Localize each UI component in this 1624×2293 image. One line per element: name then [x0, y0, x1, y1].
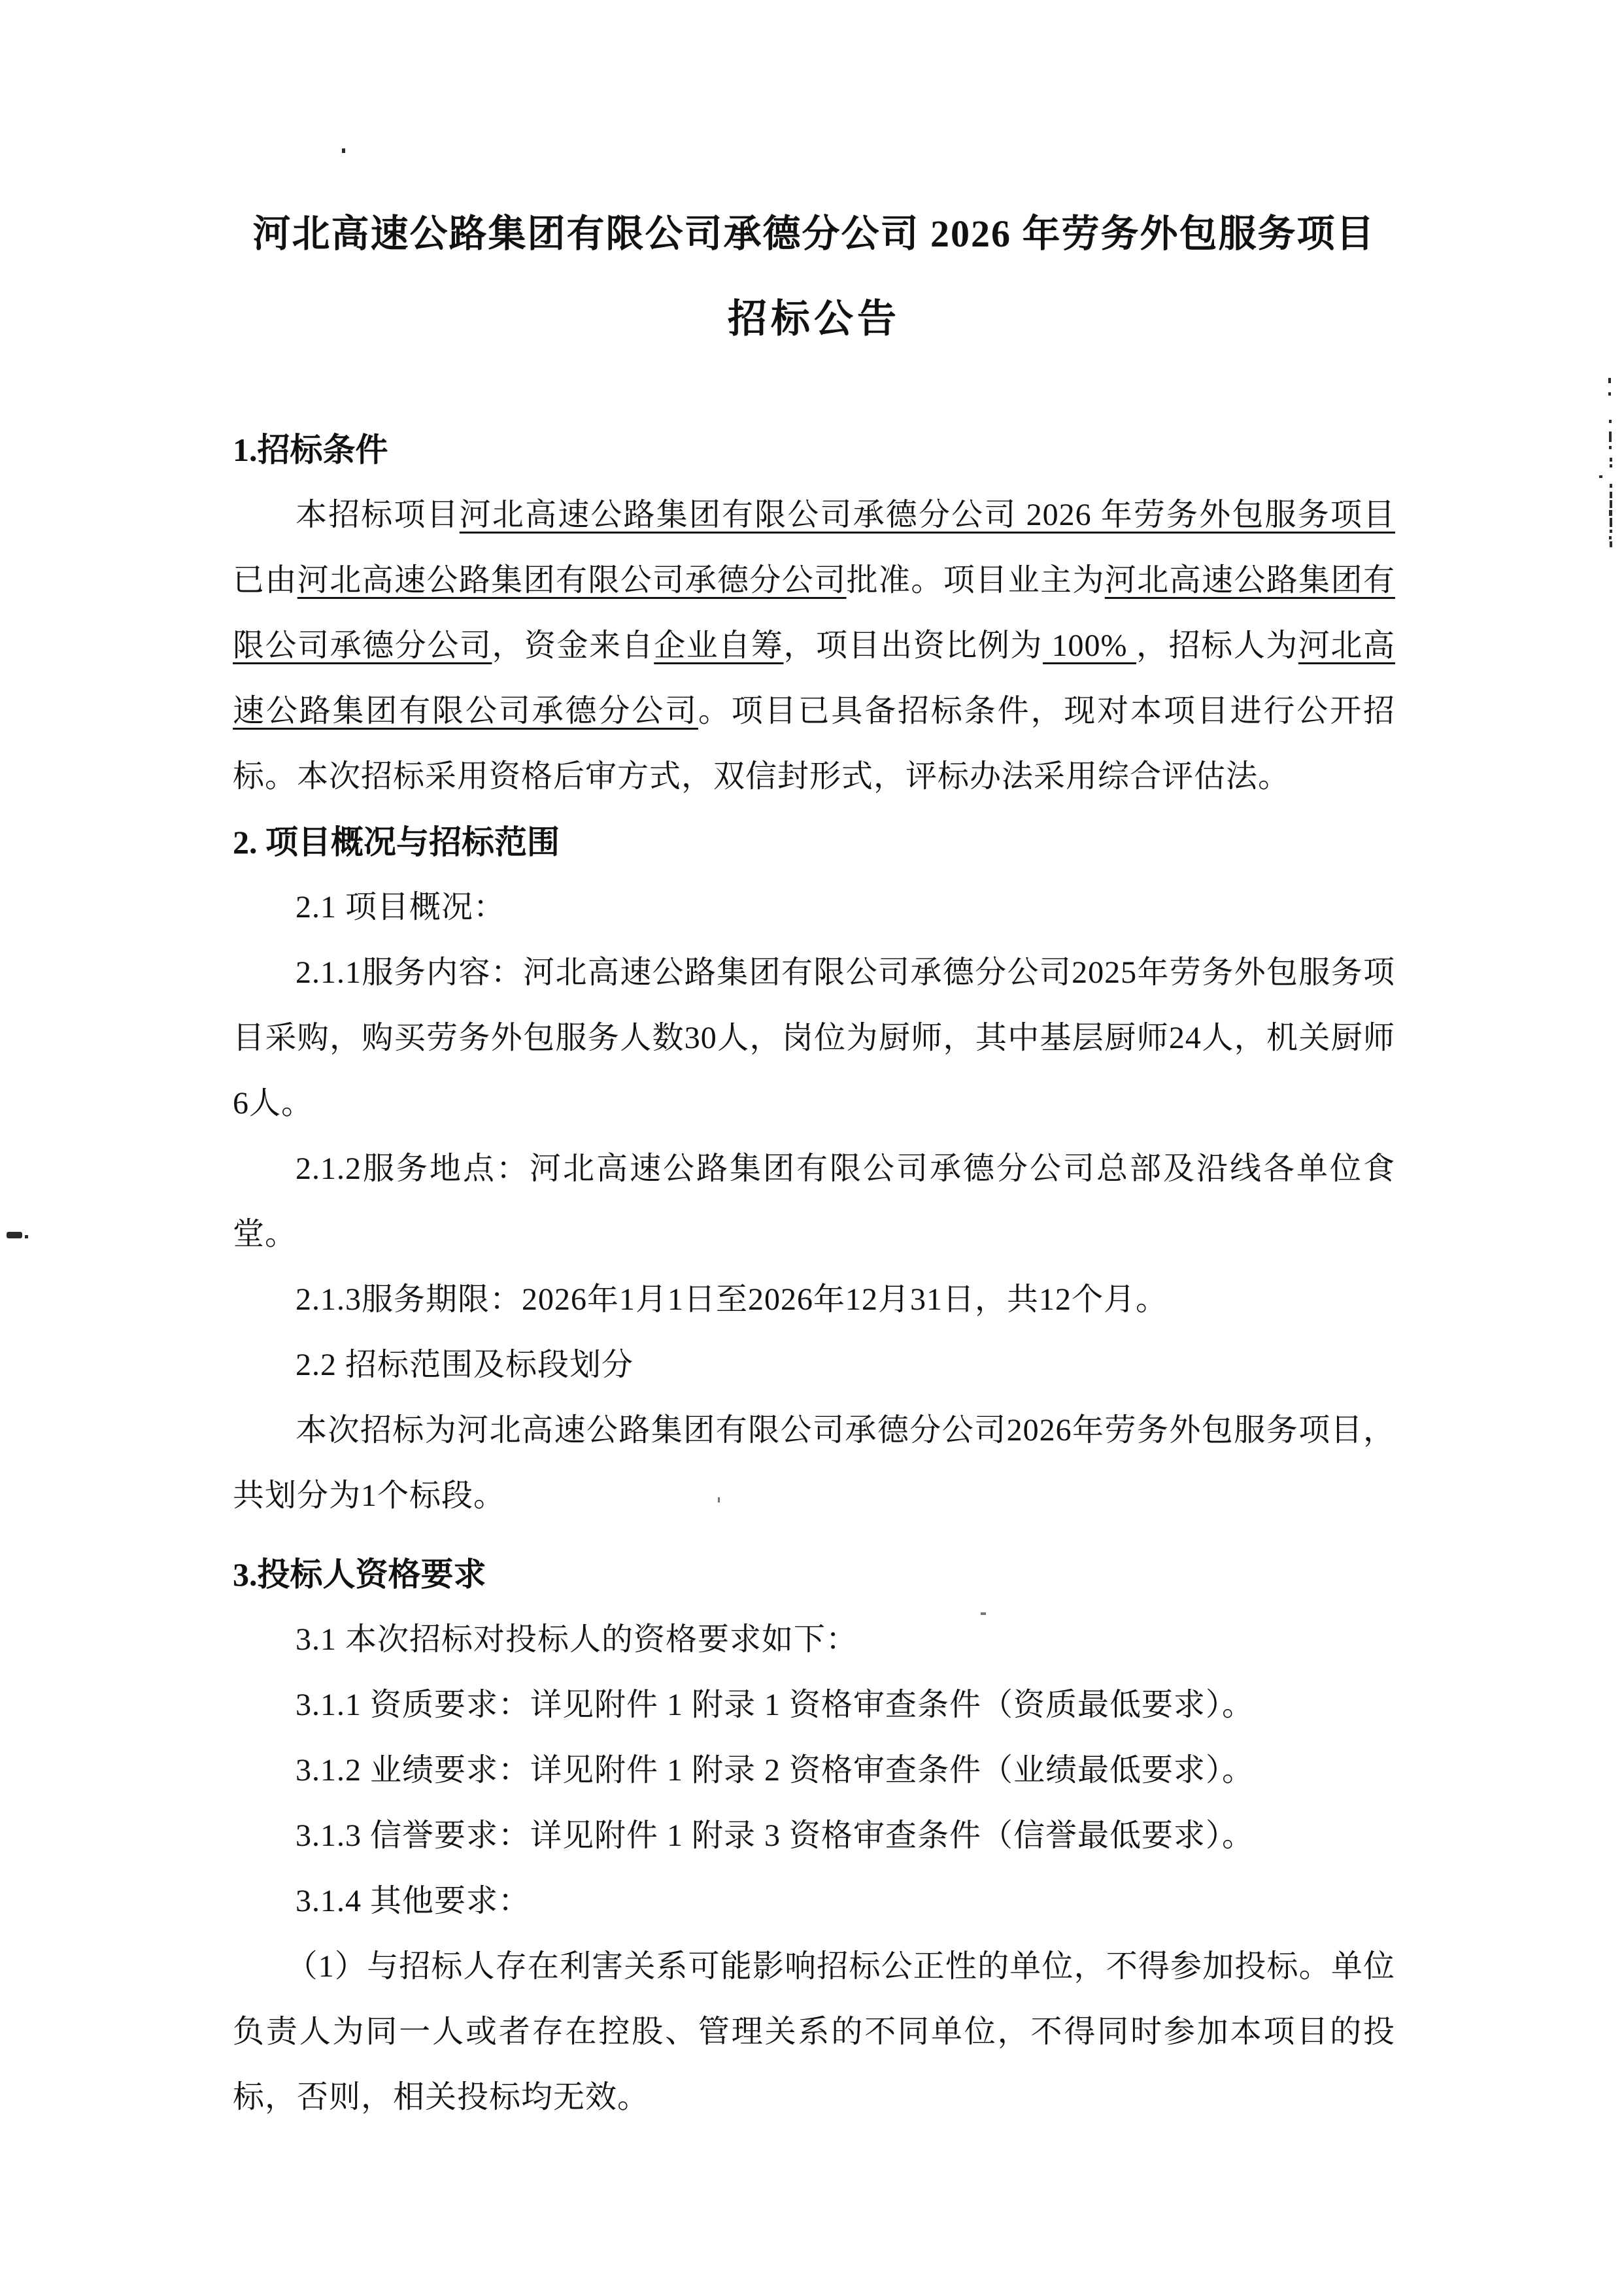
para-2-1-2: 2.1.2服务地点：河北高速公路集团有限公司承德分公司总部及沿线各单位食堂。: [233, 1136, 1395, 1267]
scan-artifact: [1610, 541, 1612, 547]
page-title: 河北高速公路集团有限公司承德分公司 2026 年劳务外包服务项目: [233, 207, 1395, 262]
para-2-2-body: 本次招标为河北高速公路集团有限公司承德分公司2026年劳务外包服务项目，共划分为…: [233, 1398, 1395, 1529]
scan-artifact: [1609, 510, 1612, 516]
para-2-2-heading: 2.2 招标范围及标段划分: [233, 1333, 1395, 1398]
text-segment: 本招标项目: [296, 498, 460, 532]
scan-artifact: [25, 1235, 28, 1238]
para-3-1: 3.1 本次招标对投标人的资格要求如下：: [233, 1607, 1395, 1673]
scan-artifact: [1609, 432, 1612, 442]
scan-artifact: [342, 148, 345, 153]
para-3-1-1: 3.1.1 资质要求：详见附件 1 附录 1 资格审查条件（资质最低要求）。: [233, 1673, 1395, 1738]
scan-artifact: [1608, 392, 1611, 396]
text-segment: ，项目出资比例为: [783, 628, 1042, 663]
section-3-heading: 3.投标人资格要求: [233, 1542, 1395, 1607]
scan-artifact: [1609, 420, 1612, 423]
scan-artifact: [1610, 458, 1612, 462]
scan-artifact: [1610, 518, 1612, 527]
para-3-1-2: 3.1.2 业绩要求：详见附件 1 附录 2 资格审查条件（业绩最低要求）。: [233, 1738, 1395, 1803]
para-3-1-3: 3.1.3 信誉要求：详见附件 1 附录 3 资格审查条件（信誉最低要求）。: [233, 1803, 1395, 1869]
underlined-approver-name: 河北高速公路集团有限公司承德分公司: [297, 563, 847, 598]
underlined-fund-source: 企业自筹: [654, 628, 783, 663]
scan-artifact: [1608, 378, 1611, 383]
para-2-1-3: 2.1.3服务期限：2026年1月1日至2026年12月31日，共12个月。: [233, 1267, 1395, 1333]
document-content: 河北高速公路集团有限公司承德分公司 2026 年劳务外包服务项目 招标公告 1.…: [233, 207, 1395, 2130]
scan-artifact: [1610, 500, 1612, 508]
scan-artifact: [981, 1612, 986, 1615]
text-segment: 已由: [233, 563, 297, 598]
section-1-heading: 1.招标条件: [233, 417, 1395, 483]
scan-artifact: [1610, 492, 1612, 498]
section-2-heading: 2. 项目概况与招标范围: [233, 809, 1395, 875]
page-subtitle: 招标公告: [233, 292, 1395, 347]
scan-artifact: [1609, 446, 1612, 449]
section-1-paragraph: 本招标项目河北高速公路集团有限公司承德分公司 2026 年劳务外包服务项目已由河…: [233, 483, 1395, 809]
scan-artifact: [1609, 536, 1612, 539]
underlined-project-name: 河北高速公路集团有限公司承德分公司 2026 年劳务外包服务项目: [460, 498, 1395, 532]
para-3-1-4-item-1: （1）与招标人存在利害关系可能影响招标公正性的单位，不得参加投标。单位负责人为同…: [233, 1934, 1395, 2130]
document-page: 河北高速公路集团有限公司承德分公司 2026 年劳务外包服务项目 招标公告 1.…: [0, 0, 1624, 2293]
scan-artifact: [7, 1232, 22, 1238]
scan-artifact: [718, 1497, 720, 1503]
para-2-1-1: 2.1.1服务内容：河北高速公路集团有限公司承德分公司2025年劳务外包服务项目…: [233, 940, 1395, 1136]
text-segment: ，招标人为: [1136, 628, 1298, 663]
underlined-fund-ratio: 100%: [1043, 628, 1136, 663]
scan-artifact: [1610, 530, 1612, 533]
text-segment: 批准。项目业主为: [847, 563, 1105, 598]
text-segment: ，资金来自: [492, 628, 654, 663]
para-2-1: 2.1 项目概况：: [233, 875, 1395, 940]
scan-artifact: [1599, 475, 1602, 478]
para-3-1-4: 3.1.4 其他要求：: [233, 1869, 1395, 1934]
scan-artifact: [1610, 464, 1612, 467]
scan-artifact: [1610, 484, 1612, 488]
